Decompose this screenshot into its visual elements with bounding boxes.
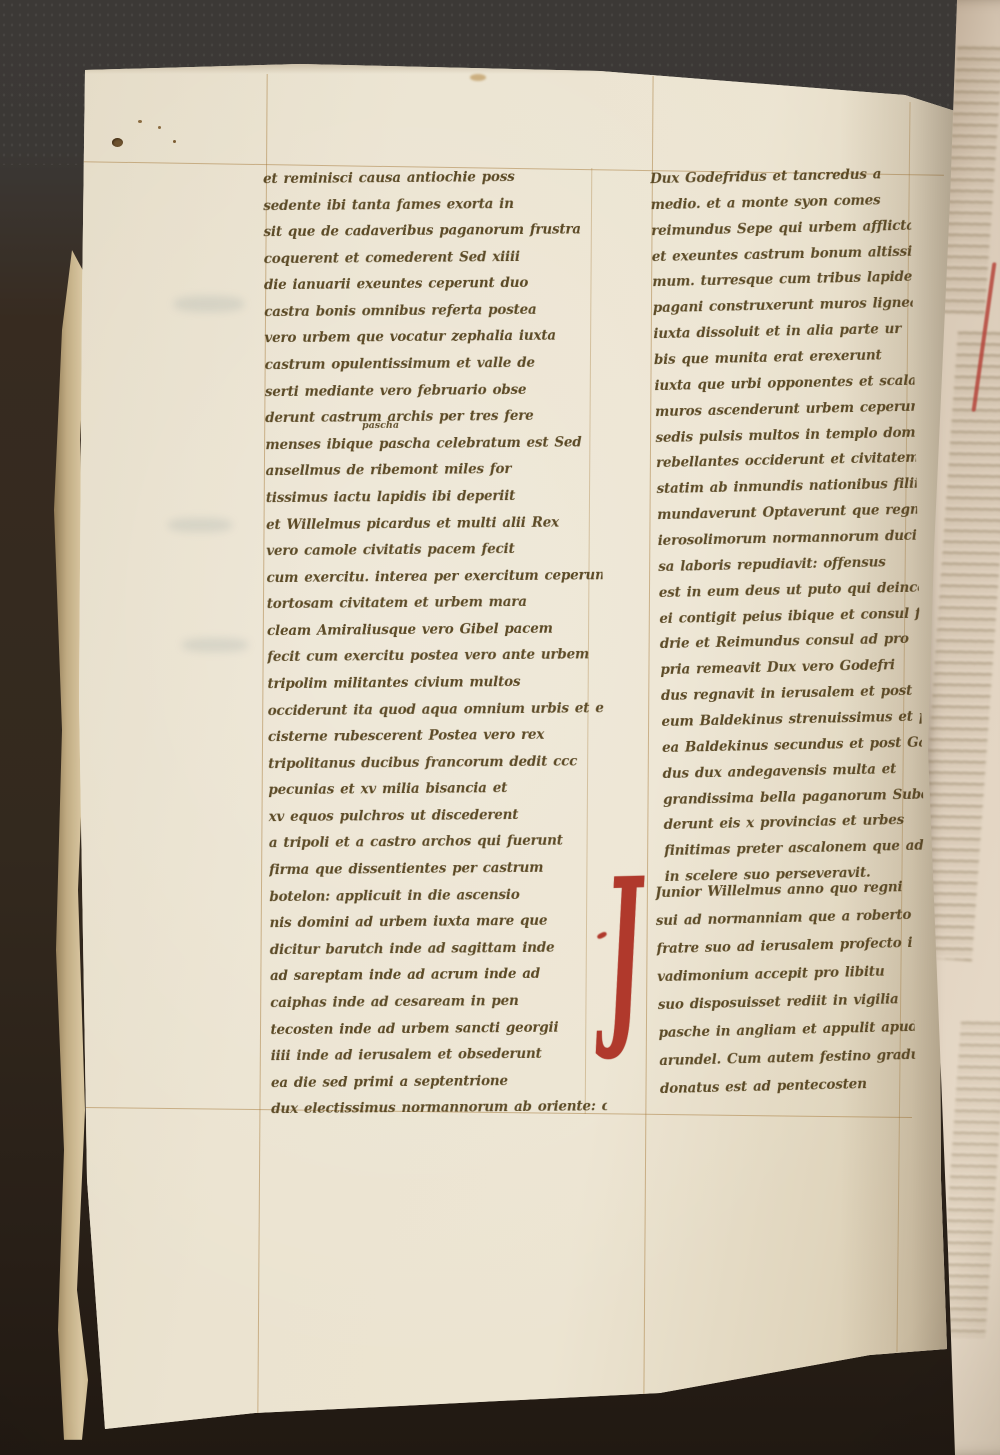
manuscript-line: iiii inde ad ierusalem et obsederunt — [271, 1046, 607, 1065]
manuscript-line: pecunias et xv milia bisancia et — [268, 780, 604, 799]
manuscript-line: ierosolimorum normannorum duci Sed ipse … — [658, 528, 918, 550]
manuscript-line: pagani construxerunt muros ligneas — [653, 296, 913, 318]
manuscript-line: suo disposuisset rediit in vigilia — [658, 992, 914, 1014]
manuscript-line: sit que de cadaveribus paganorum frustra — [263, 222, 599, 241]
interlinear-addition: pascha — [362, 420, 399, 431]
manuscript-line: pasche in angliam et appulit apud — [658, 1020, 914, 1042]
wormhole-stain — [158, 126, 161, 129]
manuscript-line: reimundus Sepe qui urbem afflictantes — [651, 218, 911, 240]
manuscript-line: coquerent et comederent Sed xiiii — [264, 248, 600, 267]
manuscript-line: vero camole civitatis pacem fecit — [266, 541, 602, 560]
manuscript-line: ea die sed primi a septentrione — [271, 1072, 607, 1091]
manuscript-line: botelon: applicuit in die ascensio — [269, 886, 605, 905]
manuscript-line: finitimas preter ascalonem que adhuc — [664, 838, 924, 860]
manuscript-line: tripolitanus ducibus francorum dedit ccc — [268, 753, 604, 772]
manuscript-line: statim ab inmundis nationibus filii dei — [656, 476, 916, 498]
manuscript-line: eum Baldekinus strenuissimus et post — [661, 709, 921, 731]
text-column-right-lower: Junior Willelmus anno quo regnisui ad no… — [655, 880, 916, 1098]
manuscript-line: dicitur barutch inde ad sagittam inde — [270, 939, 606, 958]
wormhole-stain — [138, 120, 142, 123]
manuscript-line: cleam Amiraliusque vero Gibel pacem — [267, 621, 603, 640]
parchment-page: et reminisci causa antiochie posssedente… — [70, 60, 970, 1445]
manuscript-line: iuxta dissoluit et in alia parte ur — [653, 321, 913, 343]
manuscript-line: menses ibique pascha celebratum est Sed — [265, 435, 601, 454]
manuscript-line: tissimus iactu lapidis ibi deperiit — [266, 488, 602, 507]
manuscript-line: vadimonium accepit pro libitu — [657, 964, 913, 986]
show-through — [182, 638, 248, 652]
manuscript-line: et Willelmus picardus et multi alii Rex — [266, 514, 602, 533]
manuscript-line: fecit cum exercitu postea vero ante urbe… — [267, 647, 603, 666]
facing-page-blurred-text — [939, 1019, 1000, 1341]
wormhole-stain — [173, 140, 176, 143]
manuscript-line: sedis pulsis multos in templo domini — [655, 425, 915, 447]
manuscript-line: caiphas inde ad cesaream in pen — [270, 993, 606, 1012]
manuscript-line: die ianuarii exeuntes ceperunt duo — [264, 275, 600, 294]
manuscript-line: arundel. Cum autem festino gradu — [659, 1048, 915, 1070]
manuscript-line: et reminisci causa antiochie poss — [263, 169, 599, 188]
manuscript-line: sa laboris repudiavit: offensus — [658, 554, 918, 576]
manuscript-line: occiderunt ita quod aqua omnium urbis et… — [268, 700, 604, 719]
manuscript-line: nis domini ad urbem iuxta mare que — [269, 913, 605, 932]
show-through — [174, 296, 244, 312]
manuscript-line: ea Baldekinus secundus et post Galfri — [662, 735, 922, 757]
text-column-left: et reminisci causa antiochie posssedente… — [263, 169, 607, 1118]
top-edge-stain — [470, 74, 486, 81]
manuscript-line: dus dux andegavensis multa et — [662, 761, 922, 783]
manuscript-line: sedente ibi tanta fames exorta in — [263, 195, 599, 214]
manuscript-line: iuxta que urbi opponentes et scalas — [654, 373, 914, 395]
manuscript-line: serti mediante vero februario obse — [265, 381, 601, 400]
manuscript-line: grandissima bella paganorum Subdi — [663, 787, 923, 809]
manuscript-line: a tripoli et a castro archos qui fuerunt — [269, 833, 605, 852]
manuscript-line: tortosam civitatem et urbem mara — [267, 594, 603, 613]
manuscript-line: mundaverunt Optaverunt que regnum — [657, 502, 917, 524]
manuscript-line: castrum opulentissimum et valle de — [265, 355, 601, 374]
manuscript-line: derunt eis x provincias et urbes — [664, 813, 924, 835]
manuscript-line: cisterne rubescerent Postea vero rex — [268, 727, 604, 746]
manuscript-line: vero urbem que vocatur zephalia iuxta — [264, 328, 600, 347]
manuscript-photo: { "photo": { "background_colors": { "top… — [0, 0, 1000, 1455]
manuscript-line: tripolim militantes civium multos — [267, 674, 603, 693]
manuscript-line: et exeuntes castrum bonum altissi — [652, 244, 912, 266]
manuscript-line: rebellantes occiderunt et civitatem — [656, 451, 916, 473]
manuscript-line: ei contigit peius ibique et consul flan — [659, 606, 919, 628]
manuscript-line: est in eum deus ut puto qui deinceps — [659, 580, 919, 602]
text-column-right-upper: Dux Godefridus et tancredus amedio. et a… — [650, 167, 925, 886]
manuscript-line: pria remeavit Dux vero Godefri — [660, 657, 920, 679]
show-through — [168, 518, 232, 532]
manuscript-line: derunt castrum archis per tres fere — [265, 408, 601, 427]
manuscript-line: muros ascenderunt urbem ceperunt — [655, 399, 915, 421]
manuscript-line: medio. et a monte syon comes — [651, 192, 911, 214]
manuscript-line: castra bonis omnibus referta postea — [264, 302, 600, 321]
manuscript-line: drie et Reimundus consul ad pro — [660, 632, 920, 654]
manuscript-line: cum exercitu. interea per exercitum cepe… — [266, 567, 602, 586]
ruling-line-right-column — [896, 102, 910, 1352]
manuscript-line: tecosten inde ad urbem sancti georgii — [270, 1019, 606, 1038]
manuscript-line: firma que dissentientes per castrum — [269, 860, 605, 879]
manuscript-line: fratre suo ad ierusalem profecto in — [656, 936, 912, 958]
manuscript-line: ad sareptam inde ad acrum inde ad — [270, 966, 606, 985]
wormhole-stain — [112, 138, 123, 147]
manuscript-line: sui ad normanniam que a roberto — [656, 907, 912, 929]
manuscript-line: xv equos pulchros ut discederent — [269, 807, 605, 826]
manuscript-line: donatus est ad pentecosten — [660, 1076, 916, 1098]
rubric-initial-letter: J — [603, 860, 632, 1040]
manuscript-line: ansellmus de ribemont miles for — [266, 461, 602, 480]
manuscript-line: mum. turresque cum tribus lapideas — [652, 270, 912, 292]
manuscript-line: dux electissimus normannorum ab oriente:… — [271, 1099, 607, 1118]
manuscript-line: Dux Godefridus et tancredus a — [650, 166, 910, 188]
manuscript-line: bis que munita erat erexerunt — [654, 347, 914, 369]
manuscript-line: dus regnavit in ierusalem et post — [661, 683, 921, 705]
